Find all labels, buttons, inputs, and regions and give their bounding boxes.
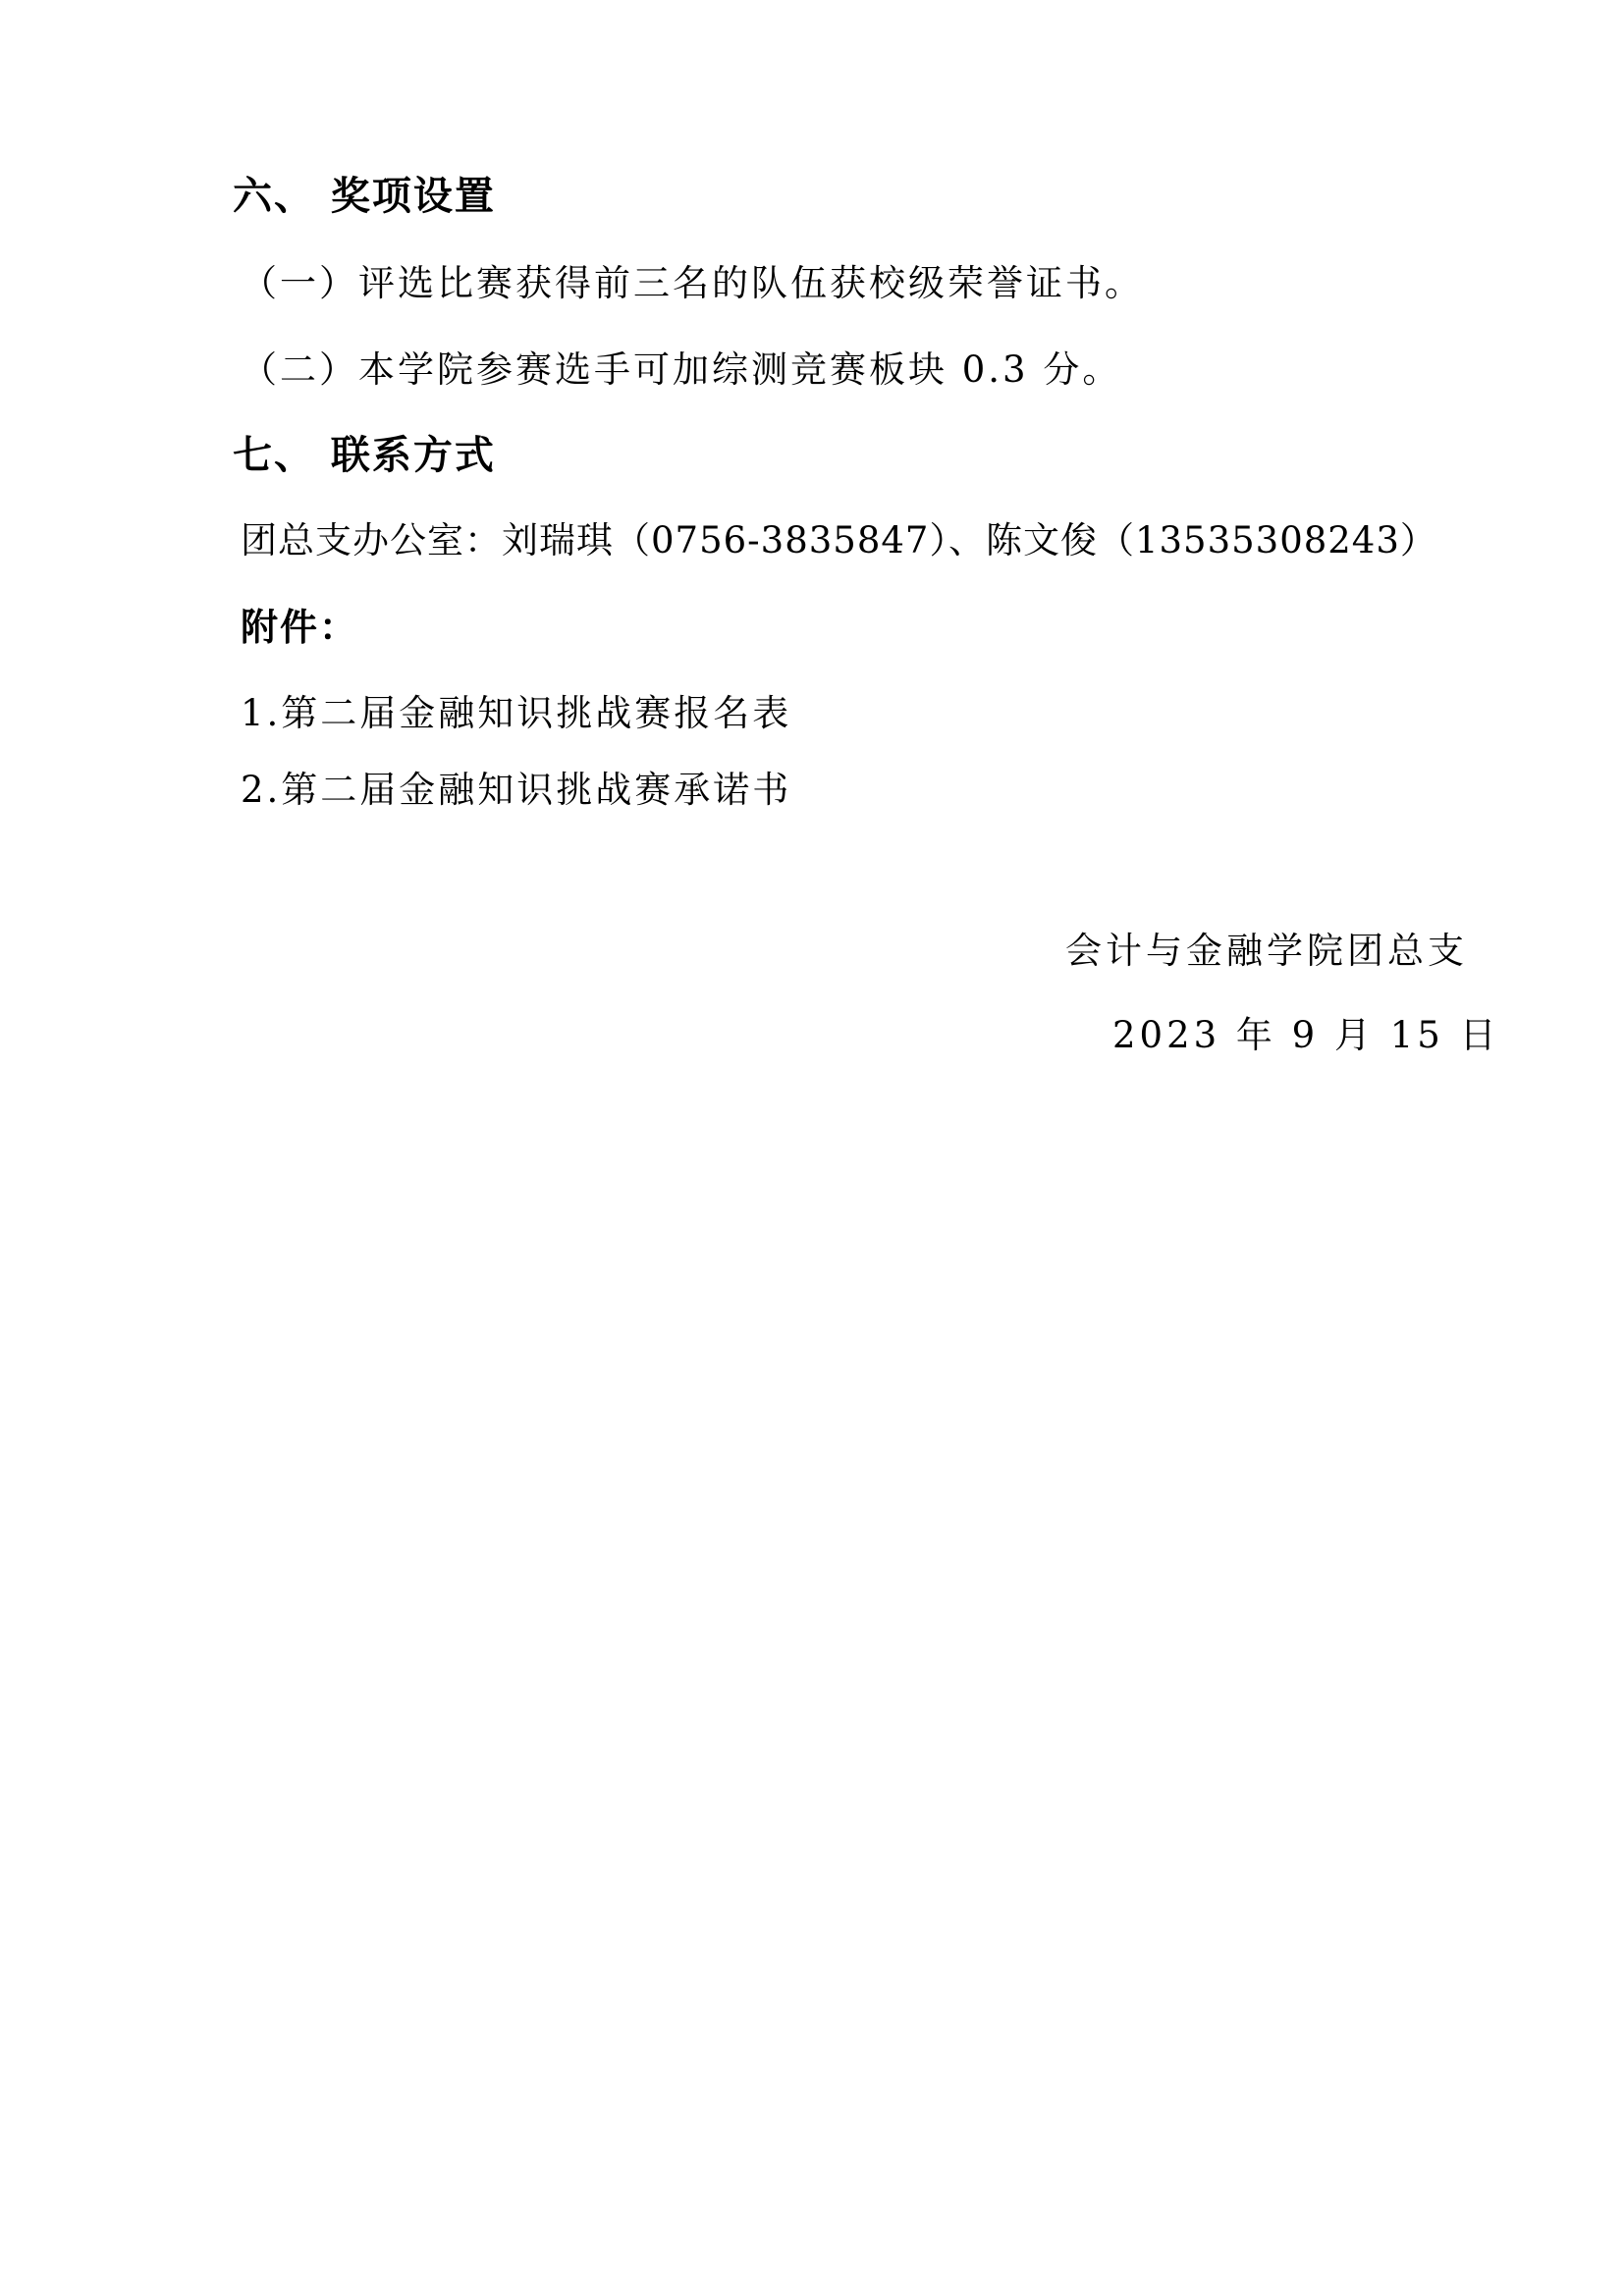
attachment-item-2: 2.第二届金融知识挑战赛承诺书 xyxy=(241,768,791,813)
section-heading-contact: 七、 联系方式 xyxy=(233,432,496,479)
contact-info: 团总支办公室：刘瑞琪（0756-3835847）、陈文俊（13535308243… xyxy=(241,518,1437,563)
award-item-1: （一）评选比赛获得前三名的队伍获校级荣誉证书。 xyxy=(241,261,1144,306)
attachment-item-1: 1.第二届金融知识挑战赛报名表 xyxy=(241,691,791,736)
award-item-2: （二）本学院参赛选手可加综测竞赛板块 0.3 分。 xyxy=(241,347,1121,393)
signature-date: 2023 年 9 月 15 日 xyxy=(1112,1013,1500,1058)
attachments-label: 附件： xyxy=(241,605,358,650)
section-heading-awards: 六、 奖项设置 xyxy=(233,173,496,220)
signature-organization: 会计与金融学院团总支 xyxy=(1065,929,1468,974)
document-page: 六、 奖项设置 （一）评选比赛获得前三名的队伍获校级荣誉证书。 （二）本学院参赛… xyxy=(0,0,1624,2296)
